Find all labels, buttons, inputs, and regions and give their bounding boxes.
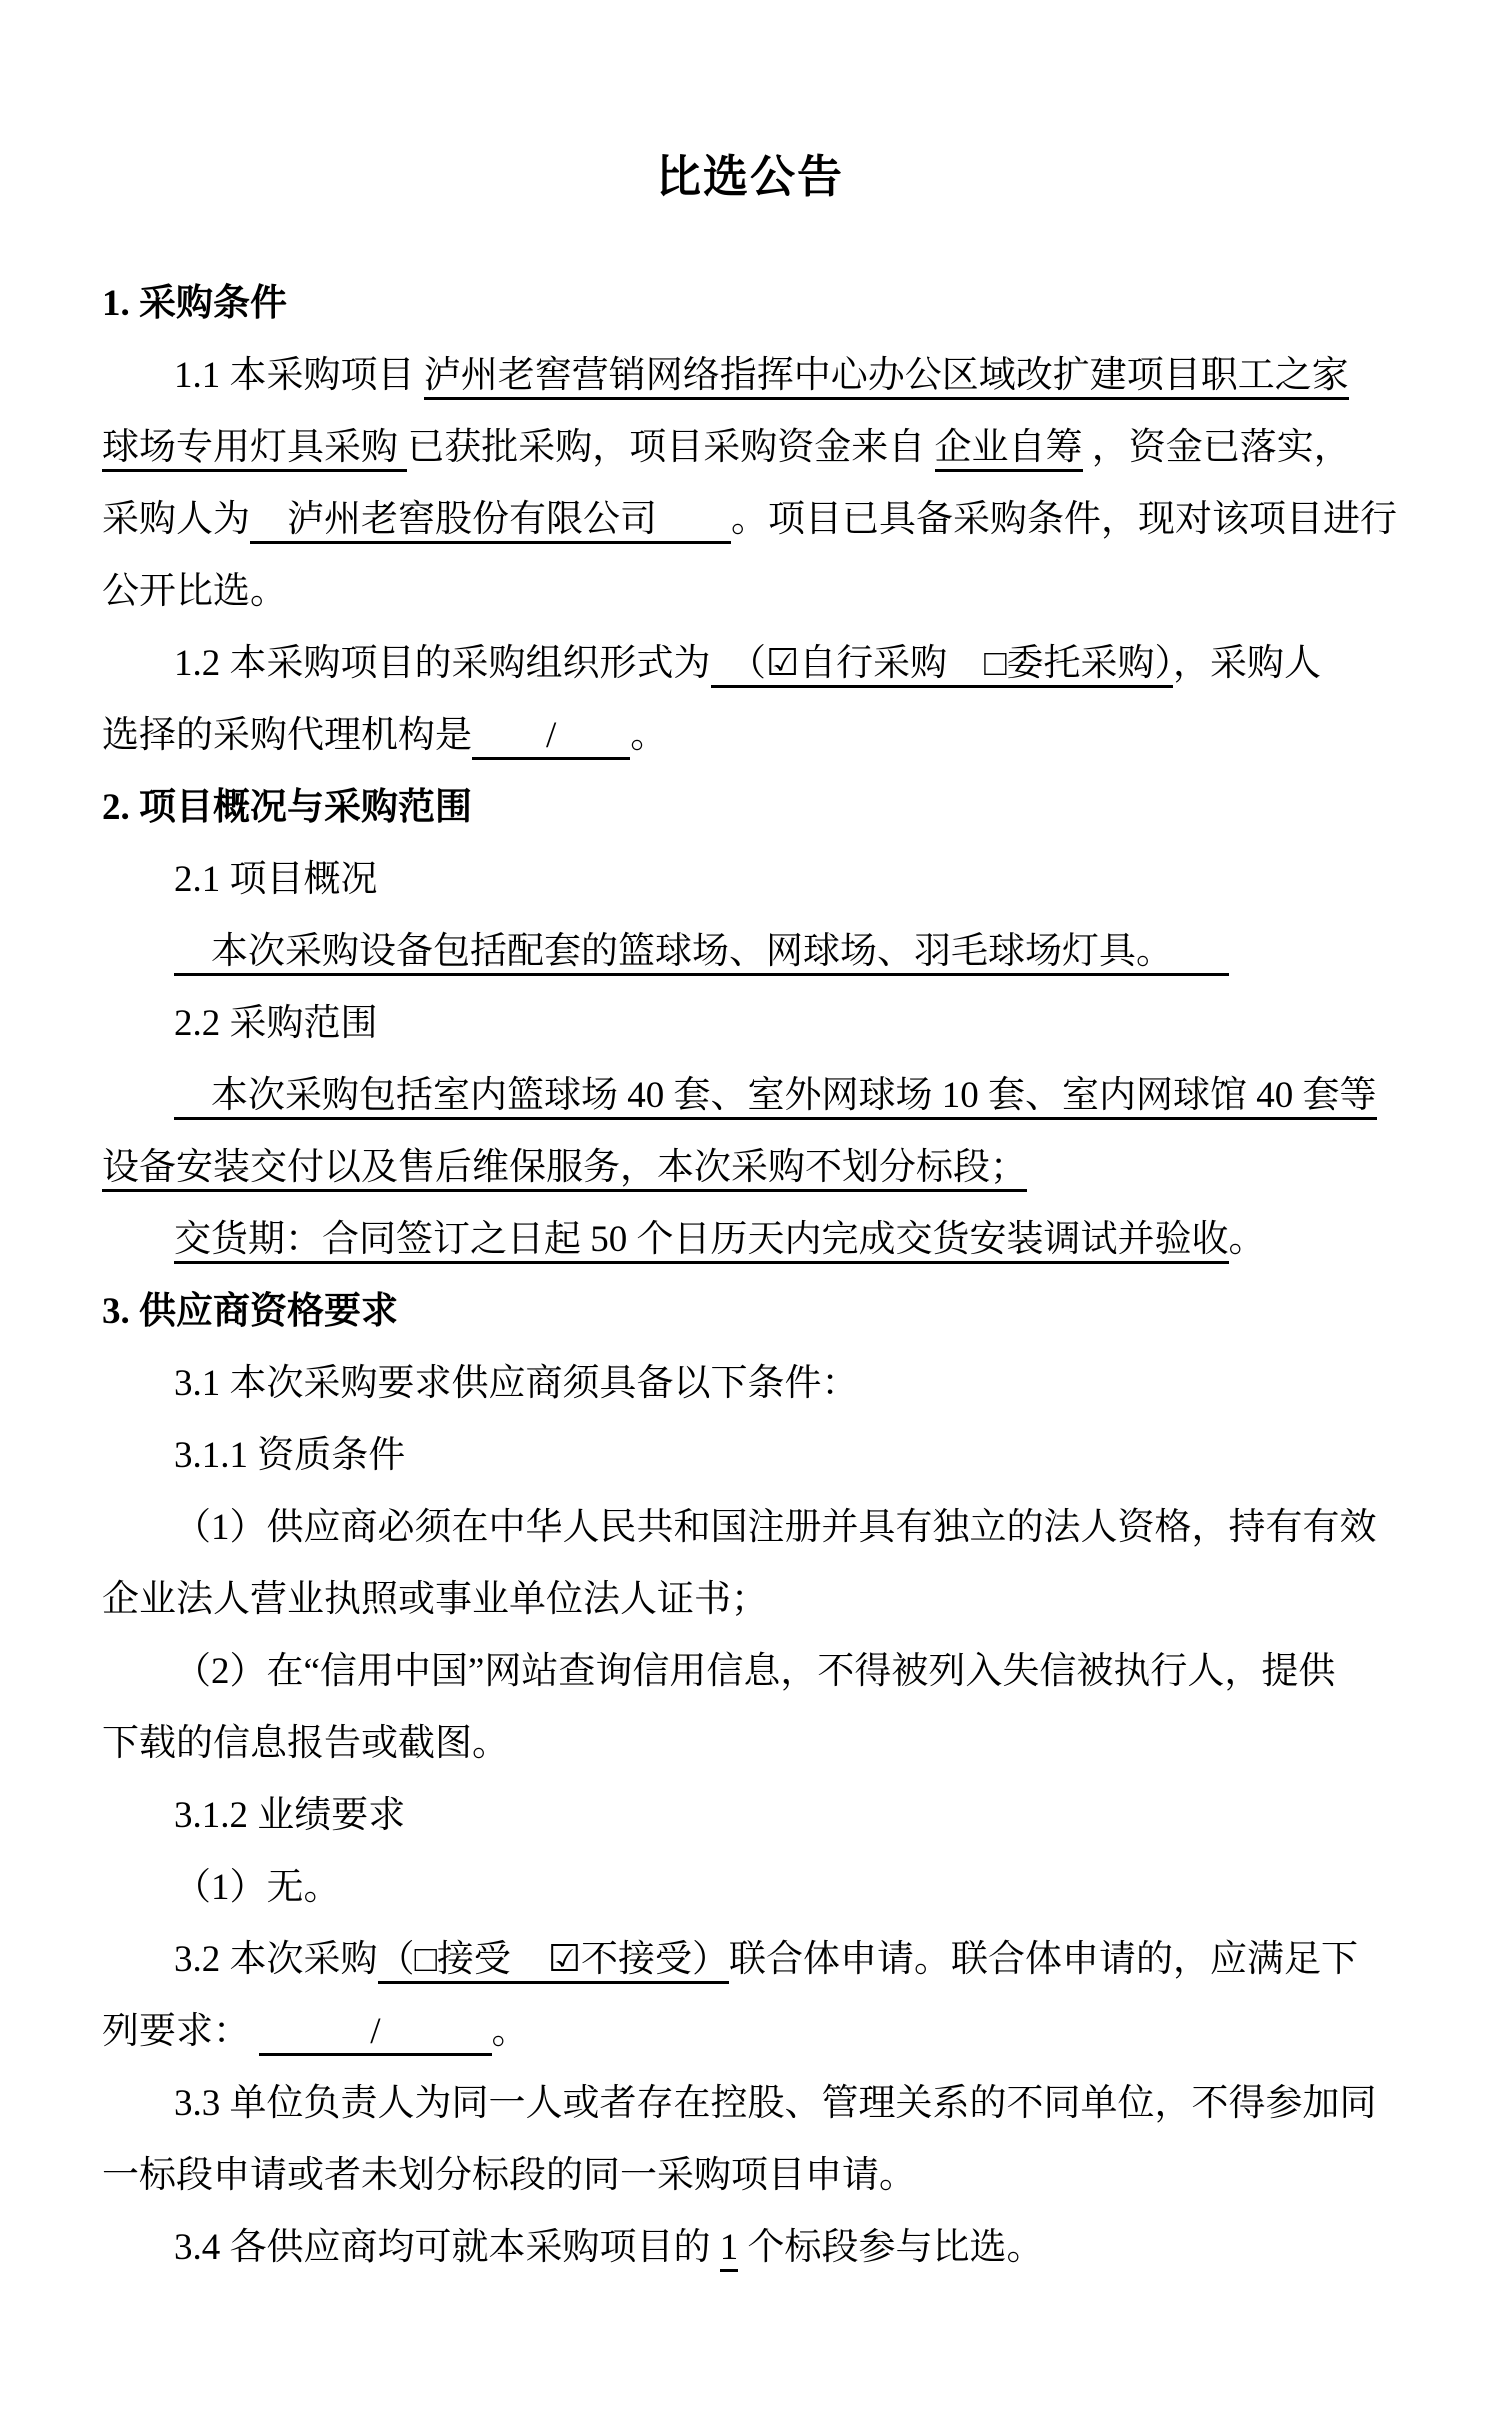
text-run: 3.4 各供应商均可就本采购项目的: [174, 2227, 720, 2268]
paragraph-line: 3.1.2 业绩要求: [102, 1780, 1398, 1852]
text-run: 3.1.1 资质条件: [174, 1435, 405, 1476]
text-run: 2.2 采购范围: [174, 1003, 378, 1044]
text-run: 3.1 本次采购要求供应商须具备以下条件：: [174, 1363, 859, 1404]
document-body: 1. 采购条件1.1 本采购项目 泸州老窖营销网络指挥中心办公区域改扩建项目职工…: [102, 268, 1398, 2284]
underlined-text: 本次采购设备包括配套的篮球场、网球场、羽毛球场灯具。: [174, 931, 1229, 976]
paragraph-line: 1.2 本采购项目的采购组织形式为 （☑自行采购 □委托采购），采购人: [102, 628, 1398, 700]
underlined-text: 泸州老窖营销网络指挥中心办公区域改扩建项目职工之家: [424, 355, 1349, 400]
paragraph-line: 2.1 项目概况: [102, 844, 1398, 916]
text-run: 1.1 本采购项目: [174, 355, 424, 396]
text-run: ，资金已落实，: [1083, 427, 1351, 468]
text-run: 个标段参与比选。: [738, 2227, 1043, 2268]
paragraph-line: 一标段申请或者未划分标段的同一采购项目申请。: [102, 2140, 1398, 2212]
underlined-text: （☑自行采购 □委托采购）: [711, 643, 1174, 688]
text-run: （1）供应商必须在中华人民共和国注册并具有独立的法人资格，持有有效: [174, 1507, 1377, 1548]
paragraph-line: 选择的采购代理机构是 / 。: [102, 700, 1398, 772]
paragraph-line: （1）无。: [102, 1852, 1398, 1924]
paragraph-line: 球场专用灯具采购 已获批采购，项目采购资金来自 企业自筹 ，资金已落实，: [102, 412, 1398, 484]
text-run: 。: [630, 715, 667, 756]
underlined-text: 交货期：合同签订之日起 50 个日历天内完成交货安装调试并验收: [174, 1219, 1229, 1264]
text-run: 选择的采购代理机构是: [102, 715, 472, 756]
paragraph-line: （1）供应商必须在中华人民共和国注册并具有独立的法人资格，持有有效: [102, 1492, 1398, 1564]
text-run: 下载的信息报告或截图。: [102, 1723, 509, 1764]
text-run: （2）在“信用中国”网站查询信用信息，不得被列入失信被执行人，提供: [174, 1651, 1335, 1692]
blank-field: /: [259, 2011, 491, 2056]
section-heading: 3. 供应商资格要求: [102, 1276, 1398, 1348]
paragraph-line: 1.1 本采购项目 泸州老窖营销网络指挥中心办公区域改扩建项目职工之家: [102, 340, 1398, 412]
paragraph-line: 2.2 采购范围: [102, 988, 1398, 1060]
paragraph-line: 设备安装交付以及售后维保服务，本次采购不划分标段；: [102, 1132, 1398, 1204]
underlined-text: 本次采购包括室内篮球场 40 套、室外网球场 10 套、室内网球馆 40 套等: [174, 1075, 1377, 1120]
section-heading: 2. 项目概况与采购范围: [102, 772, 1398, 844]
text-run: 3.3 单位负责人为同一人或者存在控股、管理关系的不同单位，不得参加同: [174, 2083, 1377, 2124]
paragraph-line: 本次采购设备包括配套的篮球场、网球场、羽毛球场灯具。: [102, 916, 1398, 988]
underlined-text: 泸州老窖股份有限公司: [250, 499, 731, 544]
text-run: 1.2 本采购项目的采购组织形式为: [174, 643, 711, 684]
paragraph-line: 交货期：合同签订之日起 50 个日历天内完成交货安装调试并验收。: [102, 1204, 1398, 1276]
text-run: 。: [1229, 1219, 1266, 1260]
text-run: （1）无。: [174, 1867, 341, 1908]
underlined-text: 1: [720, 2227, 739, 2272]
blank-field: /: [472, 715, 630, 760]
paragraph-line: 企业法人营业执照或事业单位法人证书；: [102, 1564, 1398, 1636]
paragraph-line: 列要求： / 。: [102, 1996, 1398, 2068]
text-run: 联合体申请。联合体申请的，应满足下: [729, 1939, 1358, 1980]
underlined-text: 设备安装交付以及售后维保服务，本次采购不划分标段；: [102, 1147, 1027, 1192]
text-run: 列要求：: [102, 2011, 259, 2052]
paragraph-line: 下载的信息报告或截图。: [102, 1708, 1398, 1780]
document-title: 比选公告: [102, 148, 1398, 206]
text-run: 公开比选。: [102, 571, 287, 612]
paragraph-line: 3.2 本次采购（□接受 ☑不接受）联合体申请。联合体申请的，应满足下: [102, 1924, 1398, 1996]
document-page: 比选公告 1. 采购条件1.1 本采购项目 泸州老窖营销网络指挥中心办公区域改扩…: [0, 0, 1500, 2430]
text-run: 采购人为: [102, 499, 250, 540]
text-run: 一标段申请或者未划分标段的同一采购项目申请。: [102, 2155, 916, 2196]
text-run: 。: [492, 2011, 529, 2052]
text-run: 企业法人营业执照或事业单位法人证书；: [102, 1579, 768, 1620]
text-run: 1. 采购条件: [102, 283, 287, 324]
text-run: ，采购人: [1173, 643, 1321, 684]
underlined-text: 企业自筹: [935, 427, 1083, 472]
paragraph-line: 采购人为 泸州老窖股份有限公司 。项目已具备采购条件，现对该项目进行: [102, 484, 1398, 556]
text-run: 3. 供应商资格要求: [102, 1291, 398, 1332]
underlined-text: 球场专用灯具采购: [102, 427, 407, 472]
paragraph-line: 3.1 本次采购要求供应商须具备以下条件：: [102, 1348, 1398, 1420]
paragraph-line: 3.3 单位负责人为同一人或者存在控股、管理关系的不同单位，不得参加同: [102, 2068, 1398, 2140]
paragraph-line: 3.1.1 资质条件: [102, 1420, 1398, 1492]
text-run: 2. 项目概况与采购范围: [102, 787, 472, 828]
paragraph-line: 3.4 各供应商均可就本采购项目的 1 个标段参与比选。: [102, 2212, 1398, 2284]
text-run: 2.1 项目概况: [174, 859, 378, 900]
underlined-text: （□接受 ☑不接受）: [378, 1939, 730, 1984]
text-run: 已获批采购，项目采购资金来自: [407, 427, 934, 468]
section-heading: 1. 采购条件: [102, 268, 1398, 340]
text-run: 。项目已具备采购条件，现对该项目进行: [731, 499, 1397, 540]
text-run: 3.2 本次采购: [174, 1939, 378, 1980]
paragraph-line: 本次采购包括室内篮球场 40 套、室外网球场 10 套、室内网球馆 40 套等: [102, 1060, 1398, 1132]
paragraph-line: （2）在“信用中国”网站查询信用信息，不得被列入失信被执行人，提供: [102, 1636, 1398, 1708]
text-run: 3.1.2 业绩要求: [174, 1795, 405, 1836]
paragraph-line: 公开比选。: [102, 556, 1398, 628]
